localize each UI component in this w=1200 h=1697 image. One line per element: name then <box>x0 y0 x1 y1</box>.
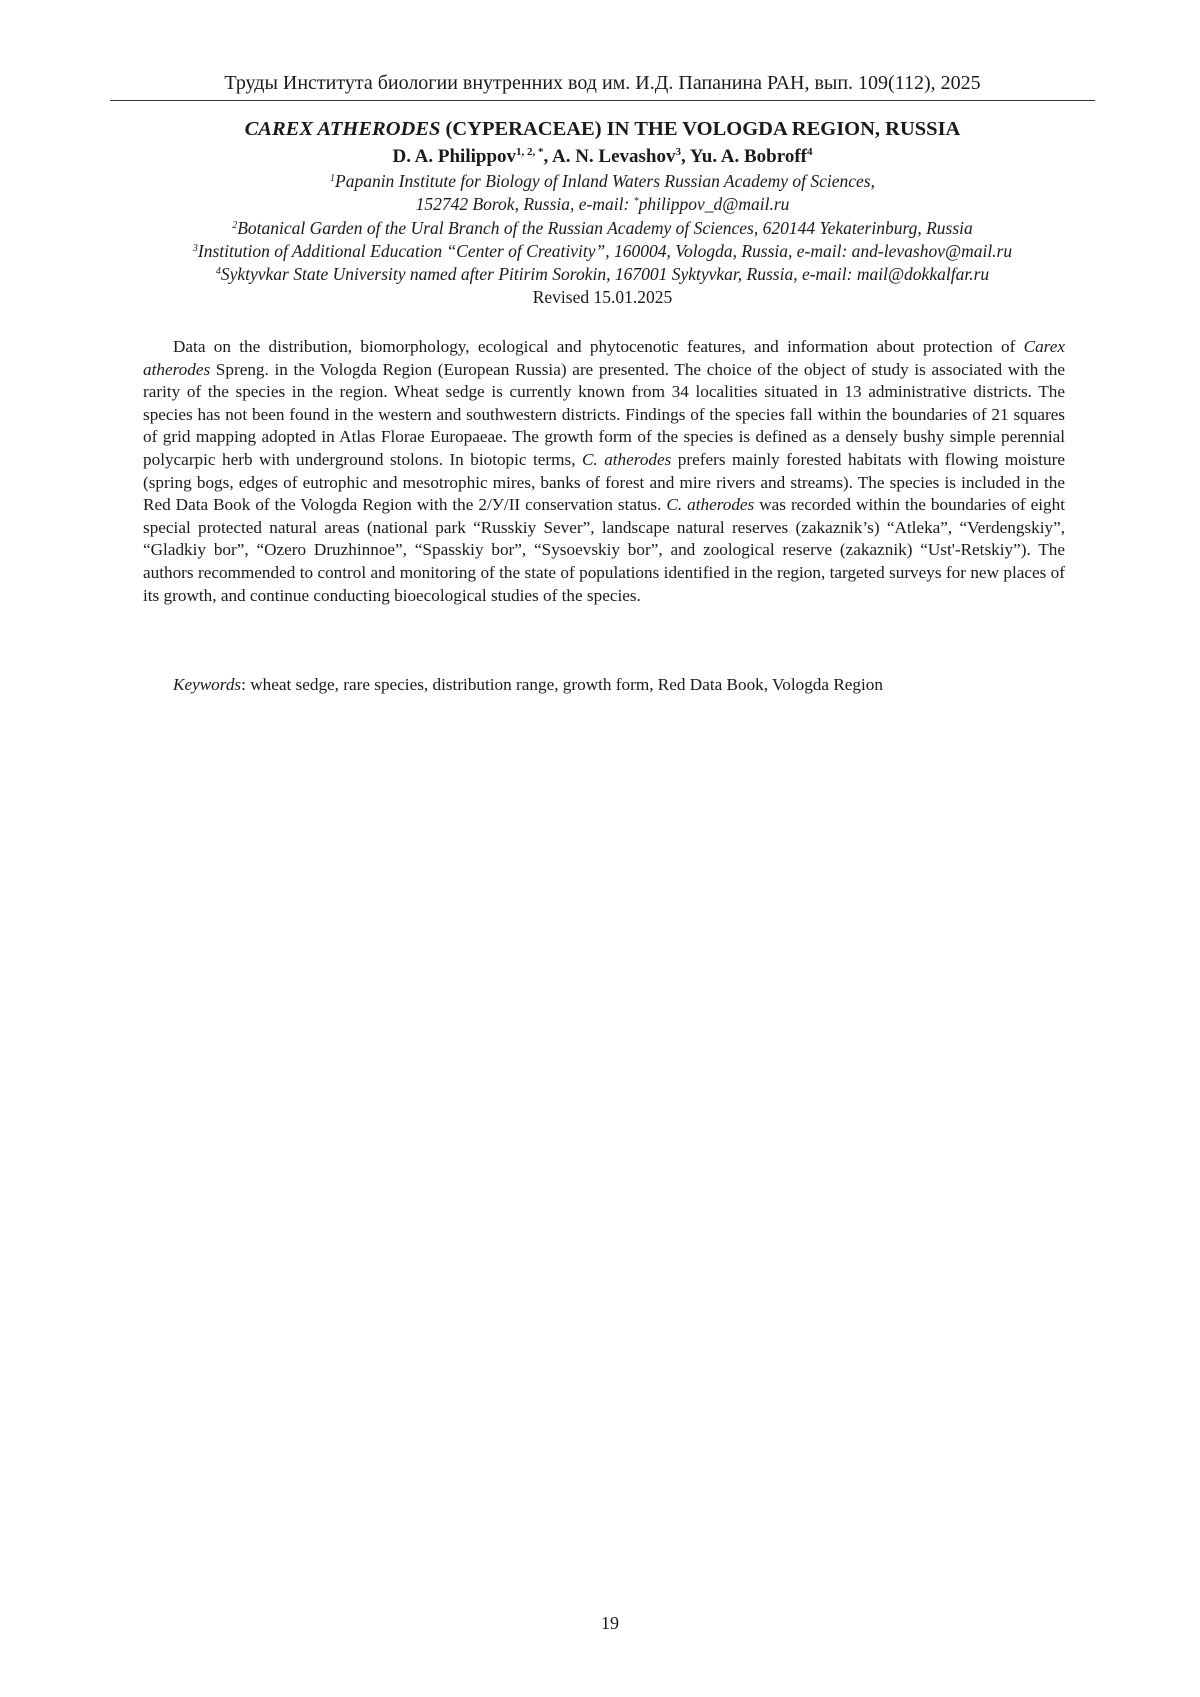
header-rule <box>110 100 1095 101</box>
affiliations: 1Papanin Institute for Biology of Inland… <box>110 170 1095 310</box>
author-name: Yu. A. Bobroff <box>690 146 807 167</box>
author-name: A. N. Levashov <box>552 146 676 167</box>
affil-text: 152742 Borok, Russia, e-mail: <box>416 194 634 214</box>
affil-text: Institution of Additional Education “Cen… <box>198 241 1012 261</box>
abstract-text: Data on the distribution, biomorphology,… <box>173 337 1024 356</box>
affiliation-3: 3Institution of Additional Education “Ce… <box>110 240 1095 263</box>
author-separator: , <box>681 146 690 167</box>
revised-date: Revised 15.01.2025 <box>110 286 1095 309</box>
title-rest: (CYPERACEAE) IN THE VOLOGDA REGION, RUSS… <box>440 118 960 140</box>
abstract-paragraph: Data on the distribution, biomorphology,… <box>143 336 1065 607</box>
affiliation-1: 1Papanin Institute for Biology of Inland… <box>110 170 1095 193</box>
affiliation-1-line2: 152742 Borok, Russia, e-mail: *philippov… <box>110 193 1095 216</box>
abstract: Data on the distribution, biomorphology,… <box>143 336 1065 607</box>
affiliation-2: 2Botanical Garden of the Ural Branch of … <box>110 217 1095 240</box>
keywords-label: Keywords <box>173 675 241 694</box>
keywords: Keywords: wheat sedge, rare species, dis… <box>173 674 1073 697</box>
species-name: C. atherodes <box>582 450 671 469</box>
keywords-text: : wheat sedge, rare species, distributio… <box>241 675 883 694</box>
author-affil-marker: 4 <box>807 146 813 158</box>
page-number: 19 <box>560 1612 660 1634</box>
article-title: CAREX ATHERODES (CYPERACEAE) IN THE VOLO… <box>110 116 1095 142</box>
email-link[interactable]: philippov_d@mail.ru <box>639 194 790 214</box>
affiliation-4: 4Syktyvkar State University named after … <box>110 263 1095 286</box>
affil-text: Botanical Garden of the Ural Branch of t… <box>237 218 973 238</box>
author-list: D. A. Philippov1, 2, *, A. N. Levashov3,… <box>110 145 1095 169</box>
running-head: Труды Института биологии внутренних вод … <box>110 70 1095 96</box>
affil-text: Syktyvkar State University named after P… <box>221 264 989 284</box>
title-italic-genus: CAREX ATHERODES <box>245 118 441 140</box>
author-separator: , <box>544 146 552 167</box>
author-affil-marker: 1, 2, * <box>516 146 544 158</box>
species-name: C. atherodes <box>666 495 754 514</box>
affil-text: Papanin Institute for Biology of Inland … <box>335 171 875 191</box>
author-name: D. A. Philippov <box>392 146 516 167</box>
